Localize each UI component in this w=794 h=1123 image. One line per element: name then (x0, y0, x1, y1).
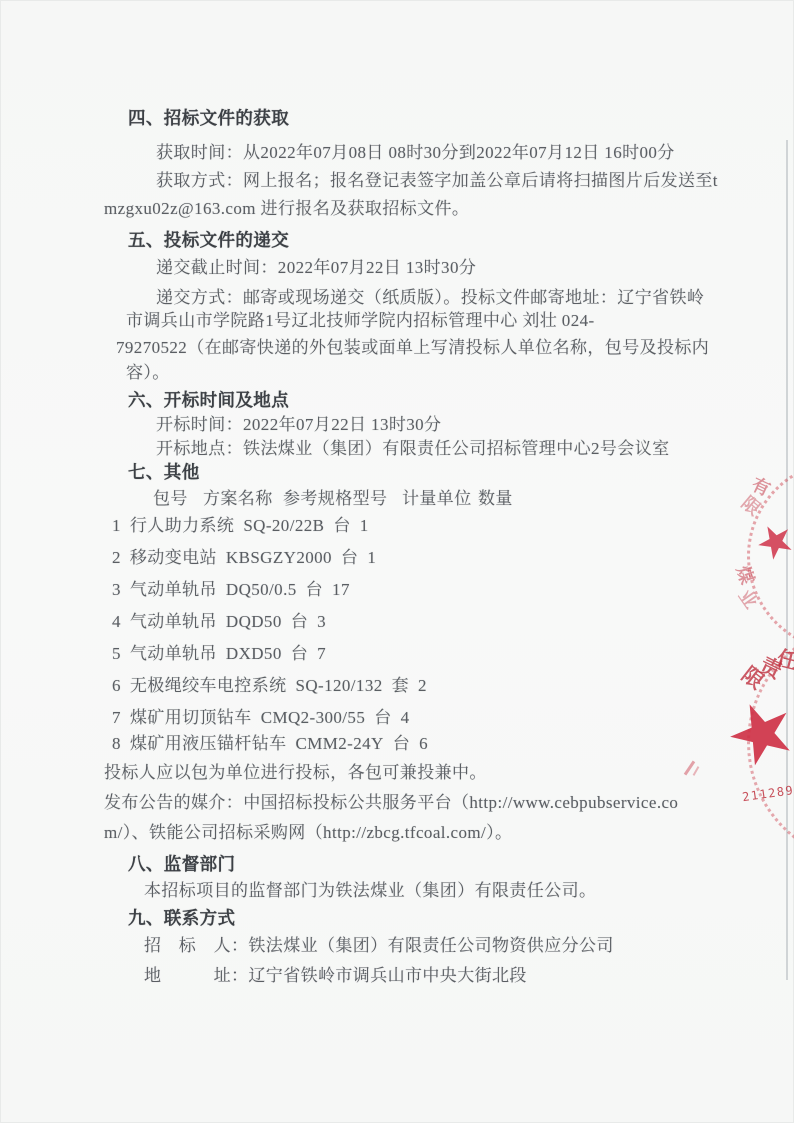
seal-text-fragment: 限 (738, 664, 767, 693)
announcement-media-line-1: 发布公告的媒介：中国招标投标公共服务平台（http://www.cebpubse… (104, 792, 690, 814)
package-row: 4气动单轨吊DQD50台3 (104, 611, 690, 633)
scan-edge-artifact (786, 140, 788, 980)
package-row: 1行人助力系统SQ-20/22B台1 (104, 515, 690, 537)
col-package-no: 包号 (153, 488, 188, 510)
row-model: CMM2-24Y (296, 734, 384, 753)
row-qty: 7 (317, 644, 326, 663)
row-unit: 套 (392, 676, 409, 695)
package-row: 5气动单轨吊DXD50台7 (104, 643, 690, 665)
seal-text-fragment: 责 (756, 654, 784, 682)
section-heading-contact: 九、联系方式 (104, 906, 690, 930)
opening-time-line: 开标时间：2022年07月22日 13时30分 (104, 414, 690, 436)
document-body: 四、招标文件的获取 获取时间：从2022年07月08日 08时30分到2022年… (104, 98, 690, 987)
row-plan-name: 移动变电站 (130, 548, 217, 567)
row-package-no: 7 (112, 708, 121, 727)
row-unit: 台 (393, 734, 410, 753)
row-qty: 2 (418, 676, 427, 695)
section-heading-other: 七、其他 (104, 460, 690, 484)
row-model: DQ50/0.5 (226, 580, 297, 599)
row-qty: 1 (360, 516, 369, 535)
row-plan-name: 气动单轨吊 (130, 644, 217, 663)
submission-method-line-3: 79270522（在邮寄快递的外包装或面单上写清投标人单位名称，包号及投标内 (104, 337, 690, 359)
package-row: 3气动单轨吊DQ50/0.5台17 (104, 579, 690, 601)
announcement-media-line-2: m/）、铁能公司招标采购网（http://zbcg.tfcoal.com/）。 (104, 822, 690, 844)
row-unit: 台 (333, 516, 350, 535)
row-package-no: 5 (112, 644, 121, 663)
tenderer-line: 招 标 人：铁法煤业（集团）有限责任公司物资供应分公司 (104, 935, 690, 957)
row-unit: 台 (291, 644, 308, 663)
package-row: 6无极绳绞车电控系统SQ-120/132套2 (104, 675, 690, 697)
row-plan-name: 气动单轨吊 (130, 580, 217, 599)
acquisition-method-line: 获取方式：网上报名；报名登记表签字加盖公章后请将扫描图片后发送至t (104, 170, 690, 192)
row-package-no: 4 (112, 612, 121, 631)
seal-text-fragment: 限 (738, 493, 763, 518)
seal-star-icon: ★ (719, 695, 794, 773)
bidding-rule-note: 投标人应以包为单位进行投标，各包可兼投兼中。 (104, 762, 690, 784)
row-model: KBSGZY2000 (226, 548, 332, 567)
row-plan-name: 煤矿用液压锚杆钻车 (130, 734, 287, 753)
seal-text-fragment: 业 (735, 586, 760, 611)
submission-method-line-1: 递交方式：邮寄或现场递交（纸质版）。投标文件邮寄地址：辽宁省铁岭 (104, 287, 690, 309)
row-package-no: 2 (112, 548, 121, 567)
package-row: 2移动变电站KBSGZY2000台1 (104, 547, 690, 569)
section-heading-bid-opening: 六、开标时间及地点 (104, 388, 690, 412)
row-package-no: 8 (112, 734, 121, 753)
seal-text-fragment: 任 (775, 648, 794, 673)
submission-deadline-line: 递交截止时间：2022年07月22日 13时30分 (104, 257, 690, 279)
col-plan-name: 方案名称 (203, 488, 273, 510)
row-model: CMQ2-300/55 (261, 708, 366, 727)
row-plan-name: 无极绳绞车电控系统 (130, 676, 287, 695)
seal-text-fragment: 煤 (733, 563, 756, 586)
address-line: 地 址：辽宁省铁岭市调兵山市中央大街北段 (104, 965, 690, 987)
row-unit: 台 (341, 548, 358, 567)
row-model: SQ-20/22B (243, 516, 324, 535)
row-plan-name: 煤矿用切顶钻车 (130, 708, 252, 727)
submission-method-line-4: 容）。 (104, 362, 690, 384)
acquisition-email-line: mzgxu02z@163.com 进行报名及获取招标文件。 (104, 198, 690, 220)
row-model: DXD50 (226, 644, 282, 663)
row-unit: 台 (374, 708, 391, 727)
row-plan-name: 行人助力系统 (130, 516, 234, 535)
row-qty: 6 (419, 734, 428, 753)
seal-ink-mark (693, 766, 700, 776)
opening-location-line: 开标地点：铁法煤业（集团）有限责任公司招标管理中心2号会议室 (104, 438, 690, 460)
col-unit: 计量单位 (402, 488, 472, 510)
row-model: DQD50 (226, 612, 282, 631)
supervision-department-line: 本招标项目的监督部门为铁法煤业（集团）有限责任公司。 (104, 880, 690, 902)
package-table-header: 包号 方案名称 参考规格型号 计量单位 数量 (104, 488, 690, 510)
section-heading-supervision: 八、监督部门 (104, 852, 690, 876)
row-model: SQ-120/132 (296, 676, 383, 695)
seal-text-fragment: 有 (749, 475, 773, 499)
section-heading-document-acquisition: 四、招标文件的获取 (104, 106, 690, 130)
row-unit: 台 (291, 612, 308, 631)
row-qty: 17 (332, 580, 350, 599)
col-quantity: 数量 (478, 488, 513, 510)
row-qty: 3 (317, 612, 326, 631)
section-heading-bid-submission: 五、投标文件的递交 (104, 228, 690, 252)
package-row: 8煤矿用液压锚杆钻车CMM2-24Y台6 (104, 733, 690, 755)
submission-method-line-2: 市调兵山市学院路1号辽北技师学院内招标管理中心 刘壮 024- (104, 310, 690, 332)
row-qty: 1 (367, 548, 376, 567)
package-row: 7煤矿用切顶钻车CMQ2-300/55台4 (104, 707, 690, 729)
row-unit: 台 (306, 580, 323, 599)
row-package-no: 6 (112, 676, 121, 695)
row-qty: 4 (401, 708, 410, 727)
row-plan-name: 气动单轨吊 (130, 612, 217, 631)
scanned-tender-document-page: 四、招标文件的获取 获取时间：从2022年07月08日 08时30分到2022年… (0, 0, 794, 1123)
acquisition-time-line: 获取时间：从2022年07月08日 08时30分到2022年07月12日 16时… (104, 142, 690, 164)
row-package-no: 3 (112, 580, 121, 599)
col-reference-model: 参考规格型号 (283, 488, 387, 510)
row-package-no: 1 (112, 516, 121, 535)
